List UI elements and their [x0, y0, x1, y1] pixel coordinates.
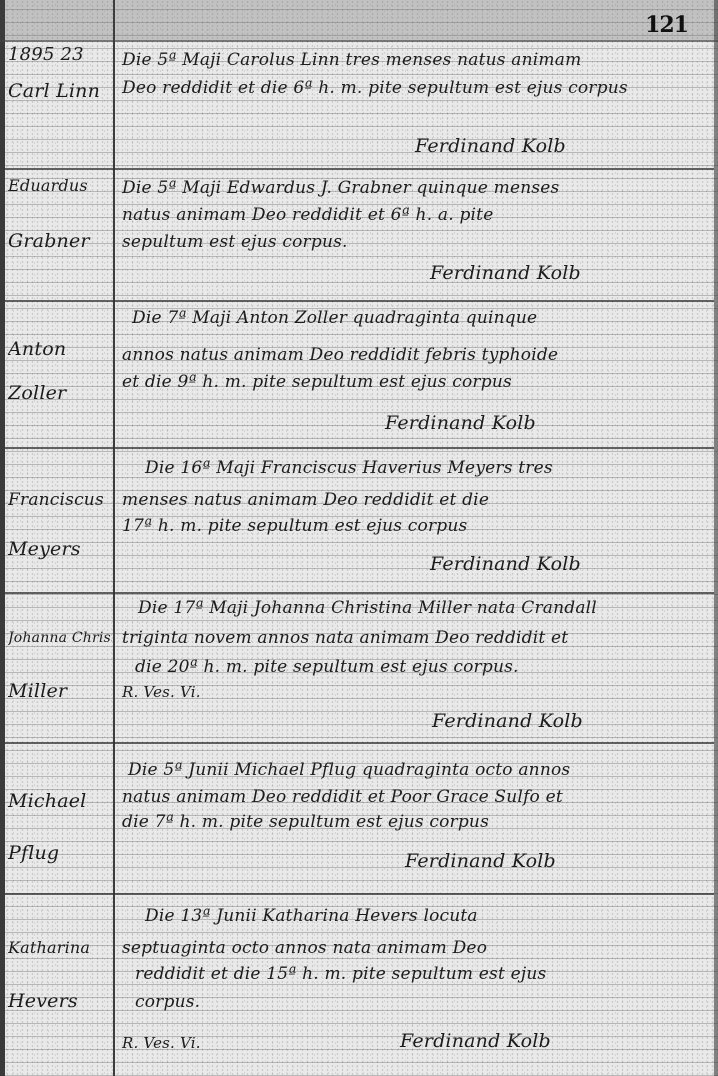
entry-7-margin-given-name: Katharina — [8, 938, 112, 957]
entry-2-line-2: natus animam Deo reddidit et 6ª h. a. pi… — [122, 205, 493, 225]
right-page-edge — [714, 0, 718, 1076]
entry-4-line-3: 17ª h. m. pite sepultum est ejus corpus — [122, 516, 467, 536]
top-shadow-band — [0, 0, 718, 40]
entry-4-signature: Ferdinand Kolb — [430, 553, 581, 575]
entry-separator — [5, 447, 714, 449]
entry-6-margin-given-name: Michael — [8, 790, 112, 812]
entry-5-line-1: Die 17ª Maji Johanna Christina Miller na… — [138, 598, 597, 618]
entry-3-margin-given-name: Anton — [8, 338, 112, 360]
entry-2-line-3: sepultum est ejus corpus. — [122, 232, 348, 252]
entry-1-line-1: Die 5ª Maji Carolus Linn tres menses nat… — [122, 50, 581, 70]
entry-separator — [5, 893, 714, 895]
entry-7-line-5: R. Ves. Vi. — [122, 1034, 201, 1052]
entry-6-margin-surname: Pflug — [8, 842, 112, 864]
page-number: 121 — [645, 12, 688, 38]
entry-2-signature: Ferdinand Kolb — [430, 262, 581, 284]
entry-3-signature: Ferdinand Kolb — [385, 412, 536, 434]
entry-4-margin-surname: Meyers — [8, 538, 112, 560]
entry-4-line-2: menses natus animam Deo reddidit et die — [122, 490, 489, 510]
entry-3-line-1: Die 7ª Maji Anton Zoller quadraginta qui… — [132, 308, 537, 328]
entry-1-margin-year: 1895 23 — [8, 44, 112, 65]
entry-4-margin-given-name: Franciscus — [8, 490, 112, 510]
entry-5-signature: Ferdinand Kolb — [432, 710, 583, 732]
entry-separator — [5, 592, 714, 594]
entry-7-line-2: septuaginta octo annos nata animam Deo — [122, 938, 487, 958]
left-page-edge — [0, 0, 5, 1076]
entry-2-line-1: Die 5ª Maji Edwardus J. Grabner quinque … — [122, 178, 559, 198]
entry-2-margin-surname: Grabner — [8, 230, 112, 252]
entry-7-line-1: Die 13ª Junii Katharina Hevers locuta — [145, 906, 478, 926]
entry-5-line-2: triginta novem annos nata animam Deo red… — [122, 628, 568, 648]
entry-7-line-3: reddidit et die 15ª h. m. pite sepultum … — [135, 964, 546, 984]
entry-5-margin-surname: Miller — [8, 680, 112, 702]
entry-7-line-4: corpus. — [135, 992, 200, 1012]
entry-1-line-2: Deo reddidit et die 6ª h. m. pite sepult… — [122, 78, 628, 98]
entry-6-line-2: natus animam Deo reddidit et Poor Grace … — [122, 787, 563, 807]
entry-4-line-1: Die 16ª Maji Franciscus Haverius Meyers … — [145, 458, 553, 478]
entry-1-signature: Ferdinand Kolb — [415, 135, 566, 157]
entry-separator — [5, 300, 714, 302]
entry-5-line-4: R. Ves. Vi. — [122, 683, 201, 701]
entry-3-line-2: annos natus animam Deo reddidit febris t… — [122, 345, 558, 365]
entry-2-margin-given-name: Eduardus — [8, 176, 112, 195]
entry-7-signature: Ferdinand Kolb — [400, 1030, 551, 1052]
entry-6-line-1: Die 5ª Junii Michael Pflug quadraginta o… — [128, 760, 570, 780]
entry-5-margin-given-name: Johanna Christ. — [8, 630, 112, 646]
entry-1-margin-name: Carl Linn — [8, 80, 112, 102]
register-page: 121 1895 23 Carl Linn Die 5ª Maji Carolu… — [0, 0, 718, 1076]
entry-separator — [5, 168, 714, 170]
entry-5-line-3: die 20ª h. m. pite sepultum est ejus cor… — [135, 657, 519, 677]
margin-column-rule — [113, 0, 115, 1076]
header-rule — [0, 40, 718, 42]
entry-3-margin-surname: Zoller — [8, 382, 112, 404]
entry-3-line-3: et die 9ª h. m. pite sepultum est ejus c… — [122, 372, 512, 392]
entry-7-margin-surname: Hevers — [8, 990, 112, 1012]
entry-6-line-3: die 7ª h. m. pite sepultum est ejus corp… — [122, 812, 489, 832]
entry-6-signature: Ferdinand Kolb — [405, 850, 556, 872]
entry-separator — [5, 742, 714, 744]
